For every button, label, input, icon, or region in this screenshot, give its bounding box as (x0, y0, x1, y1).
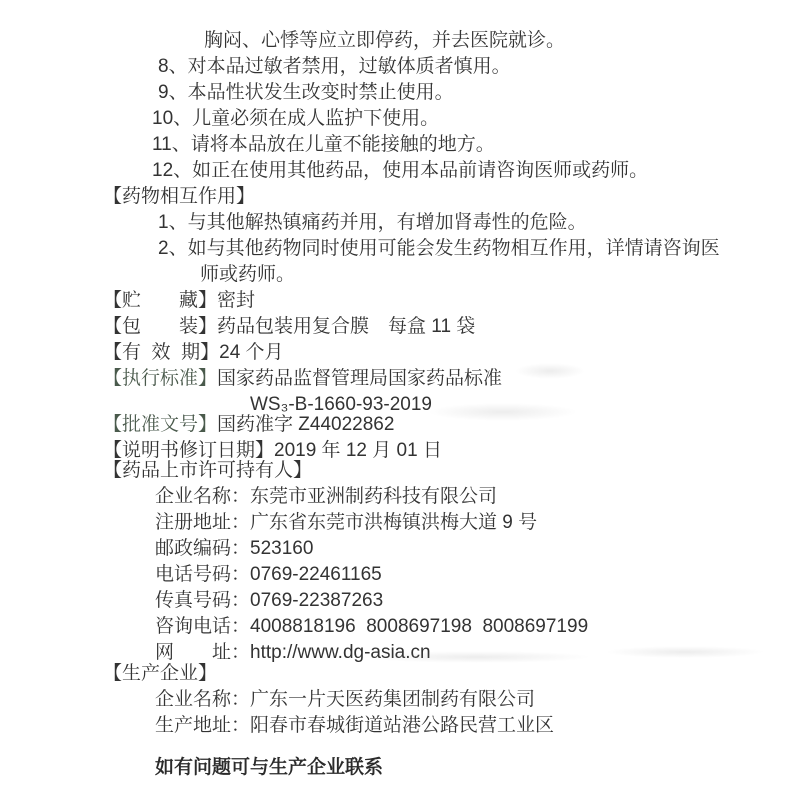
field-standard-label: 【执行标准】 (103, 368, 217, 389)
interaction-item-2: 2、如与其他药物同时使用可能会发生药物相互作用，详情请咨询医 (0, 236, 800, 262)
manufacturer-field-company-name: 企业名称：广东一片天医药集团制药有限公司 (0, 687, 800, 713)
manufacturer-field-production-address-label: 生产地址： (155, 715, 250, 736)
interaction-item-1: 1、与其他解热镇痛药并用，有增加肾毒性的危险。 (0, 210, 800, 236)
precaution-item-8: 8、对本品过敏者禁用，过敏体质者慎用。 (0, 54, 800, 80)
mah-field-hotline: 咨询电话：4008818196 8008697198 8008697199 (0, 614, 800, 640)
mah-field-company-name-value: 东莞市亚洲制药科技有限公司 (250, 486, 497, 507)
interaction-item-2-continuation: 师或药师。 (0, 262, 800, 288)
field-approval-value: 国药准字 Z44022862 (217, 414, 394, 435)
mah-field-postal-code-label: 邮政编码： (155, 538, 250, 559)
field-packaging-label: 【包 装】 (103, 316, 217, 337)
field-packaging: 【包 装】药品包装用复合膜 每盒 11 袋 (0, 314, 800, 340)
mah-field-registered-address-label: 注册地址： (155, 512, 250, 533)
mah-field-company-name-label: 企业名称： (155, 486, 250, 507)
mah-field-website-value: http://www.dg-asia.cn (250, 642, 431, 663)
field-storage: 【贮 藏】密封 (0, 288, 800, 314)
manufacturer-field-production-address-value: 阳春市春城街道站港公路民营工业区 (250, 715, 554, 736)
mah-field-registered-address: 注册地址：广东省东莞市洪梅镇洪梅大道 9 号 (0, 510, 800, 536)
manufacturer-field-production-address: 生产地址：阳春市春城街道站港公路民营工业区 (0, 713, 800, 739)
mah-field-phone: 电话号码：0769-22461165 (0, 562, 800, 588)
mah-field-phone-value: 0769-22461165 (250, 564, 382, 585)
field-packaging-value: 药品包装用复合膜 每盒 11 袋 (217, 316, 475, 337)
precaution-item-12: 12、如正在使用其他药品，使用本品前请咨询医师或药师。 (0, 158, 800, 184)
mah-field-hotline-label: 咨询电话： (155, 616, 250, 637)
mah-field-postal-code: 邮政编码：523160 (0, 536, 800, 562)
interactions-heading: 【药物相互作用】 (0, 184, 800, 210)
mah-field-fax-value: 0769-22387263 (250, 590, 383, 611)
mah-field-fax-label: 传真号码： (155, 590, 250, 611)
manufacturer-field-company-name-value: 广东一片天医药集团制药有限公司 (250, 689, 535, 710)
field-validity-label: 【有 效 期】 (103, 342, 219, 363)
precaution-item-10: 10、儿童必须在成人监护下使用。 (0, 106, 800, 132)
precaution-item-11: 11、请将本品放在儿童不能接触的地方。 (0, 132, 800, 158)
field-validity-value: 24 个月 (219, 342, 283, 363)
field-standard-value: 国家药品监督管理局国家药品标准 (217, 368, 502, 389)
field-approval-label: 【批准文号】 (103, 414, 217, 435)
field-storage-label: 【贮 藏】 (103, 290, 217, 311)
precaution-item-9: 9、本品性状发生改变时禁止使用。 (0, 80, 800, 106)
mah-field-company-name: 企业名称：东莞市亚洲制药科技有限公司 (0, 484, 800, 510)
mah-field-hotline-value: 4008818196 8008697198 8008697199 (250, 616, 588, 637)
field-storage-value: 密封 (217, 290, 255, 311)
precaution-continuation-line: 胸闷、心悸等应立即停药，并去医院就诊。 (0, 28, 800, 54)
mah-field-fax: 传真号码：0769-22387263 (0, 588, 800, 614)
manufacturer-field-company-name-label: 企业名称： (155, 689, 250, 710)
footer-note: 如有问题可与生产企业联系 (0, 755, 800, 781)
field-standard: 【执行标准】国家药品监督管理局国家药品标准 (0, 366, 800, 392)
mah-field-phone-label: 电话号码： (155, 564, 250, 585)
mah-field-website-label: 网 址： (155, 642, 250, 663)
field-validity: 【有 效 期】24 个月 (0, 340, 800, 366)
leaflet-page: 胸闷、心悸等应立即停药，并去医院就诊。 8、对本品过敏者禁用，过敏体质者慎用。 … (0, 0, 800, 800)
mah-field-registered-address-value: 广东省东莞市洪梅镇洪梅大道 9 号 (250, 512, 537, 533)
mah-field-postal-code-value: 523160 (250, 538, 313, 559)
